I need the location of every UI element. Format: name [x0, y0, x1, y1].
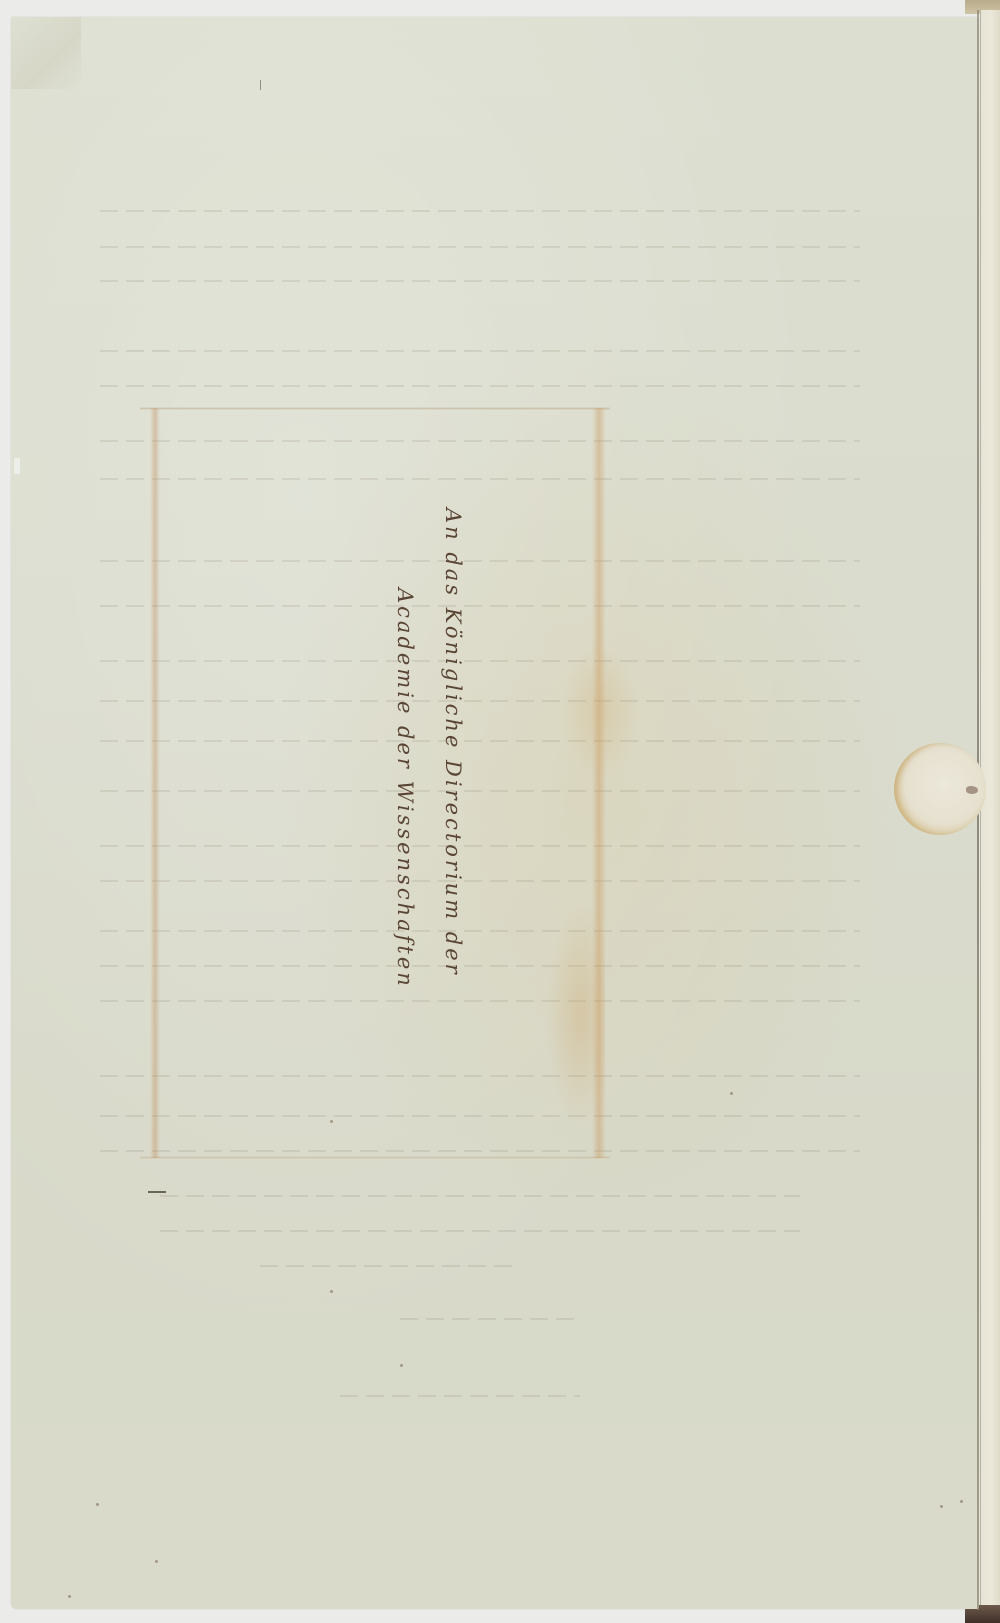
address-line-2: Academie der Wissenschaften — [393, 588, 417, 989]
paper-speck — [400, 1364, 403, 1367]
ink-dash — [148, 1191, 166, 1193]
edge-notch — [14, 458, 20, 474]
paper-speck — [960, 1500, 963, 1503]
paper-speck — [330, 1290, 333, 1293]
paper-speck — [96, 1503, 99, 1506]
address-block: An das Königliche Directorium der Academ… — [355, 508, 465, 1008]
ink-mark — [260, 80, 261, 90]
seal-residue — [966, 786, 978, 794]
paper-speck — [155, 1560, 158, 1563]
address-line-1: An das Königliche Directorium der — [441, 508, 465, 977]
paper-speck — [330, 1120, 333, 1123]
manuscript-scan: An das Königliche Directorium der Academ… — [0, 0, 1000, 1623]
paper-sheet — [11, 17, 979, 1609]
paper-speck — [68, 1595, 71, 1598]
paper-speck — [730, 1092, 733, 1095]
paper-speck — [940, 1505, 943, 1508]
page-stack-edge — [980, 10, 1000, 1610]
